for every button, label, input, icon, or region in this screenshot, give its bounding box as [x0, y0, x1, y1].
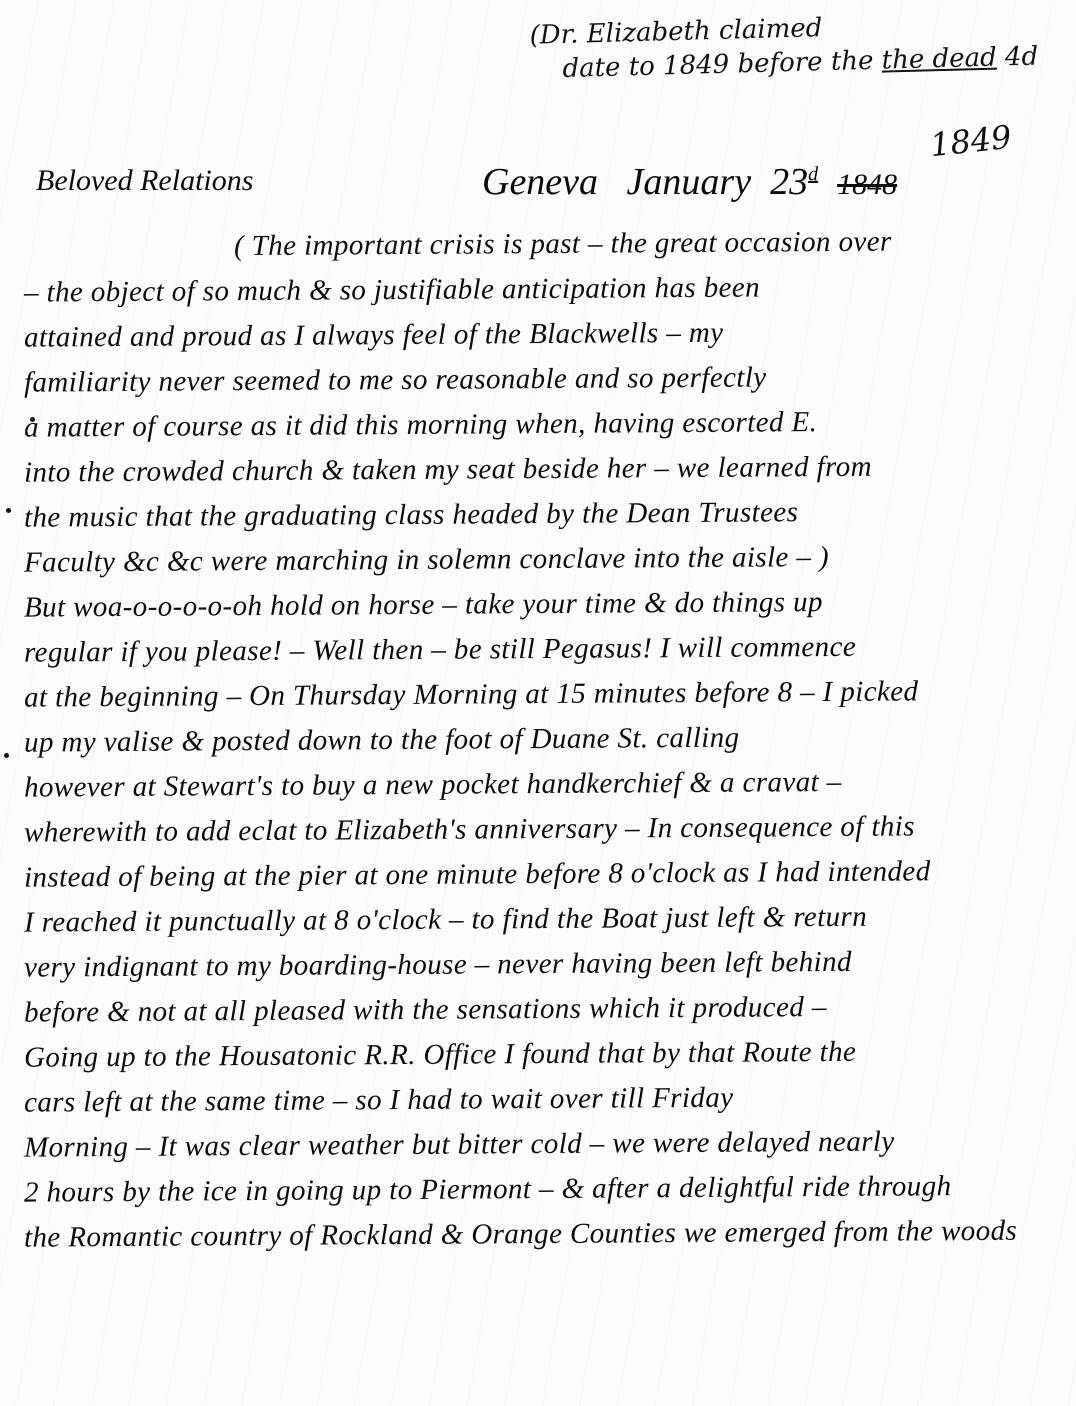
date-year-struck: 1848	[837, 168, 897, 201]
body-line: instead of being at the pier at one minu…	[24, 848, 1064, 900]
body-line: cars left at the same time – so I had to…	[24, 1073, 1064, 1125]
date-day: 23	[770, 161, 808, 203]
body-line: 2 hours by the ice in going up to Piermo…	[24, 1163, 1064, 1215]
body-line: ( The important crisis is past – the gre…	[24, 218, 1064, 270]
margin-mark	[30, 417, 35, 422]
letter-body: ( The important crisis is past – the gre…	[24, 222, 1064, 1257]
body-line: regular if you please! – Well then – be …	[24, 623, 1064, 675]
salutation: Beloved Relations	[36, 164, 253, 198]
body-line: into the crowded church & taken my seat …	[24, 443, 1064, 495]
body-line: wherewith to add eclat to Elizabeth's an…	[24, 803, 1064, 855]
place: Geneva	[482, 161, 598, 203]
body-line: up my valise & posted down to the foot o…	[24, 713, 1064, 765]
body-line: a matter of course as it did this mornin…	[24, 398, 1064, 450]
year-correction: 1849	[928, 118, 1013, 164]
archival-annotation: (Dr. Elizabeth claimed date to 1849 befo…	[529, 5, 1051, 87]
body-line: – the object of so much & so justifiable…	[24, 263, 1064, 315]
body-line: before & not at all pleased with the sen…	[24, 983, 1064, 1035]
body-line: Faculty &c &c were marching in solemn co…	[24, 533, 1064, 585]
date-month: January	[627, 161, 752, 203]
annotation-prefix: date to 1849 before the	[562, 46, 882, 84]
body-line: I reached it punctually at 8 o'clock – t…	[24, 893, 1064, 945]
body-line: familiarity never seemed to me so reason…	[24, 353, 1064, 405]
place-and-date: Geneva January 23d 1848	[482, 160, 897, 204]
date-day-suffix: d	[808, 163, 818, 185]
letter-header: Beloved Relations Geneva January 23d 184…	[36, 160, 1046, 210]
body-line: Going up to the Housatonic R.R. Office I…	[24, 1028, 1064, 1080]
body-line: the Romantic country of Rockland & Orang…	[24, 1208, 1064, 1260]
body-line: however at Stewart's to buy a new pocket…	[24, 758, 1064, 810]
margin-mark	[6, 508, 11, 513]
body-line: Morning – It was clear weather but bitte…	[24, 1118, 1064, 1170]
annotation-underlined: the dead	[881, 43, 997, 76]
body-line: the music that the graduating class head…	[24, 488, 1064, 540]
body-line: very indignant to my boarding-house – ne…	[24, 938, 1064, 990]
body-line: at the beginning – On Thursday Morning a…	[24, 668, 1064, 720]
letter-page: (Dr. Elizabeth claimed date to 1849 befo…	[0, 0, 1076, 1406]
body-line: attained and proud as I always feel of t…	[24, 308, 1064, 360]
margin-mark	[4, 753, 9, 758]
body-line: But woa-o-o-o-o-oh hold on horse – take …	[24, 578, 1064, 630]
annotation-suffix: 4d	[996, 42, 1038, 73]
